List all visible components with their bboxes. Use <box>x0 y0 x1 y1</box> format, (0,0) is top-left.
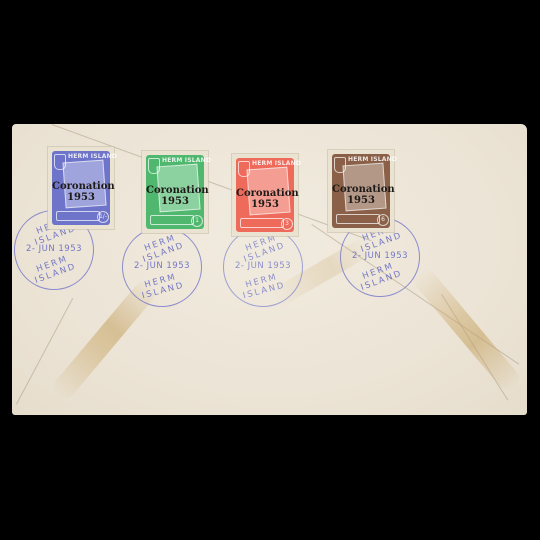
overprint-line-2: 1953 <box>332 195 390 206</box>
stamp-overprint: Coronation 1953 <box>332 184 390 206</box>
stamp-brown: HERM ISLAND 6 Coronation 1953 <box>328 150 394 232</box>
overprint-line-1: Coronation <box>52 181 110 192</box>
overprint-line-2: 1953 <box>236 199 294 210</box>
stamp-country: HERM ISLAND <box>68 153 117 160</box>
stamp-overprint: Coronation 1953 <box>236 188 294 210</box>
stamp-country: HERM ISLAND <box>162 157 211 164</box>
postmark: HERM ISLAND 2- JUN 1953 HERM ISLAND <box>122 227 202 307</box>
stamp-red: HERM ISLAND 3 Coronation 1953 <box>232 154 298 236</box>
overprint-line-1: Coronation <box>236 188 294 199</box>
stamp-overprint: Coronation 1953 <box>52 181 110 203</box>
scroll-icon <box>150 215 194 225</box>
scroll-icon <box>336 214 380 224</box>
stamp-design: HERM ISLAND 3 Coronation 1953 <box>236 158 294 232</box>
stamp-green: HERM ISLAND 1 Coronation 1953 <box>142 151 208 233</box>
overprint-line-1: Coronation <box>146 185 204 196</box>
scroll-icon <box>240 218 284 228</box>
envelope-back: HERM ISLAND 2- JUN 1953 HERM ISLAND HERM… <box>12 124 527 415</box>
stamp-denomination: 1 <box>191 215 203 227</box>
stamp-denomination: 6 <box>377 214 389 226</box>
stamp-overprint: Coronation 1953 <box>146 185 204 207</box>
stamp-country: HERM ISLAND <box>252 160 301 167</box>
stamp-denomination: 1/- <box>97 211 109 223</box>
overprint-line-2: 1953 <box>52 192 110 203</box>
overprint-line-2: 1953 <box>146 196 204 207</box>
stamp-country: HERM ISLAND <box>348 156 397 163</box>
glue-stain-right <box>410 265 523 394</box>
postmark-bottom-text: HERM ISLAND <box>122 266 203 306</box>
overprint-line-1: Coronation <box>332 184 390 195</box>
postmark: HERM ISLAND 2- JUN 1953 HERM ISLAND <box>223 227 303 307</box>
stamp-design: HERM ISLAND 1 Coronation 1953 <box>146 155 204 229</box>
scroll-icon <box>56 211 100 221</box>
stamp-design: HERM ISLAND 6 Coronation 1953 <box>332 154 390 228</box>
stamp-denomination: 3 <box>281 218 293 230</box>
stamp-design: HERM ISLAND 1/- Coronation 1953 <box>52 151 110 225</box>
stamp-blue: HERM ISLAND 1/- Coronation 1953 <box>48 147 114 229</box>
